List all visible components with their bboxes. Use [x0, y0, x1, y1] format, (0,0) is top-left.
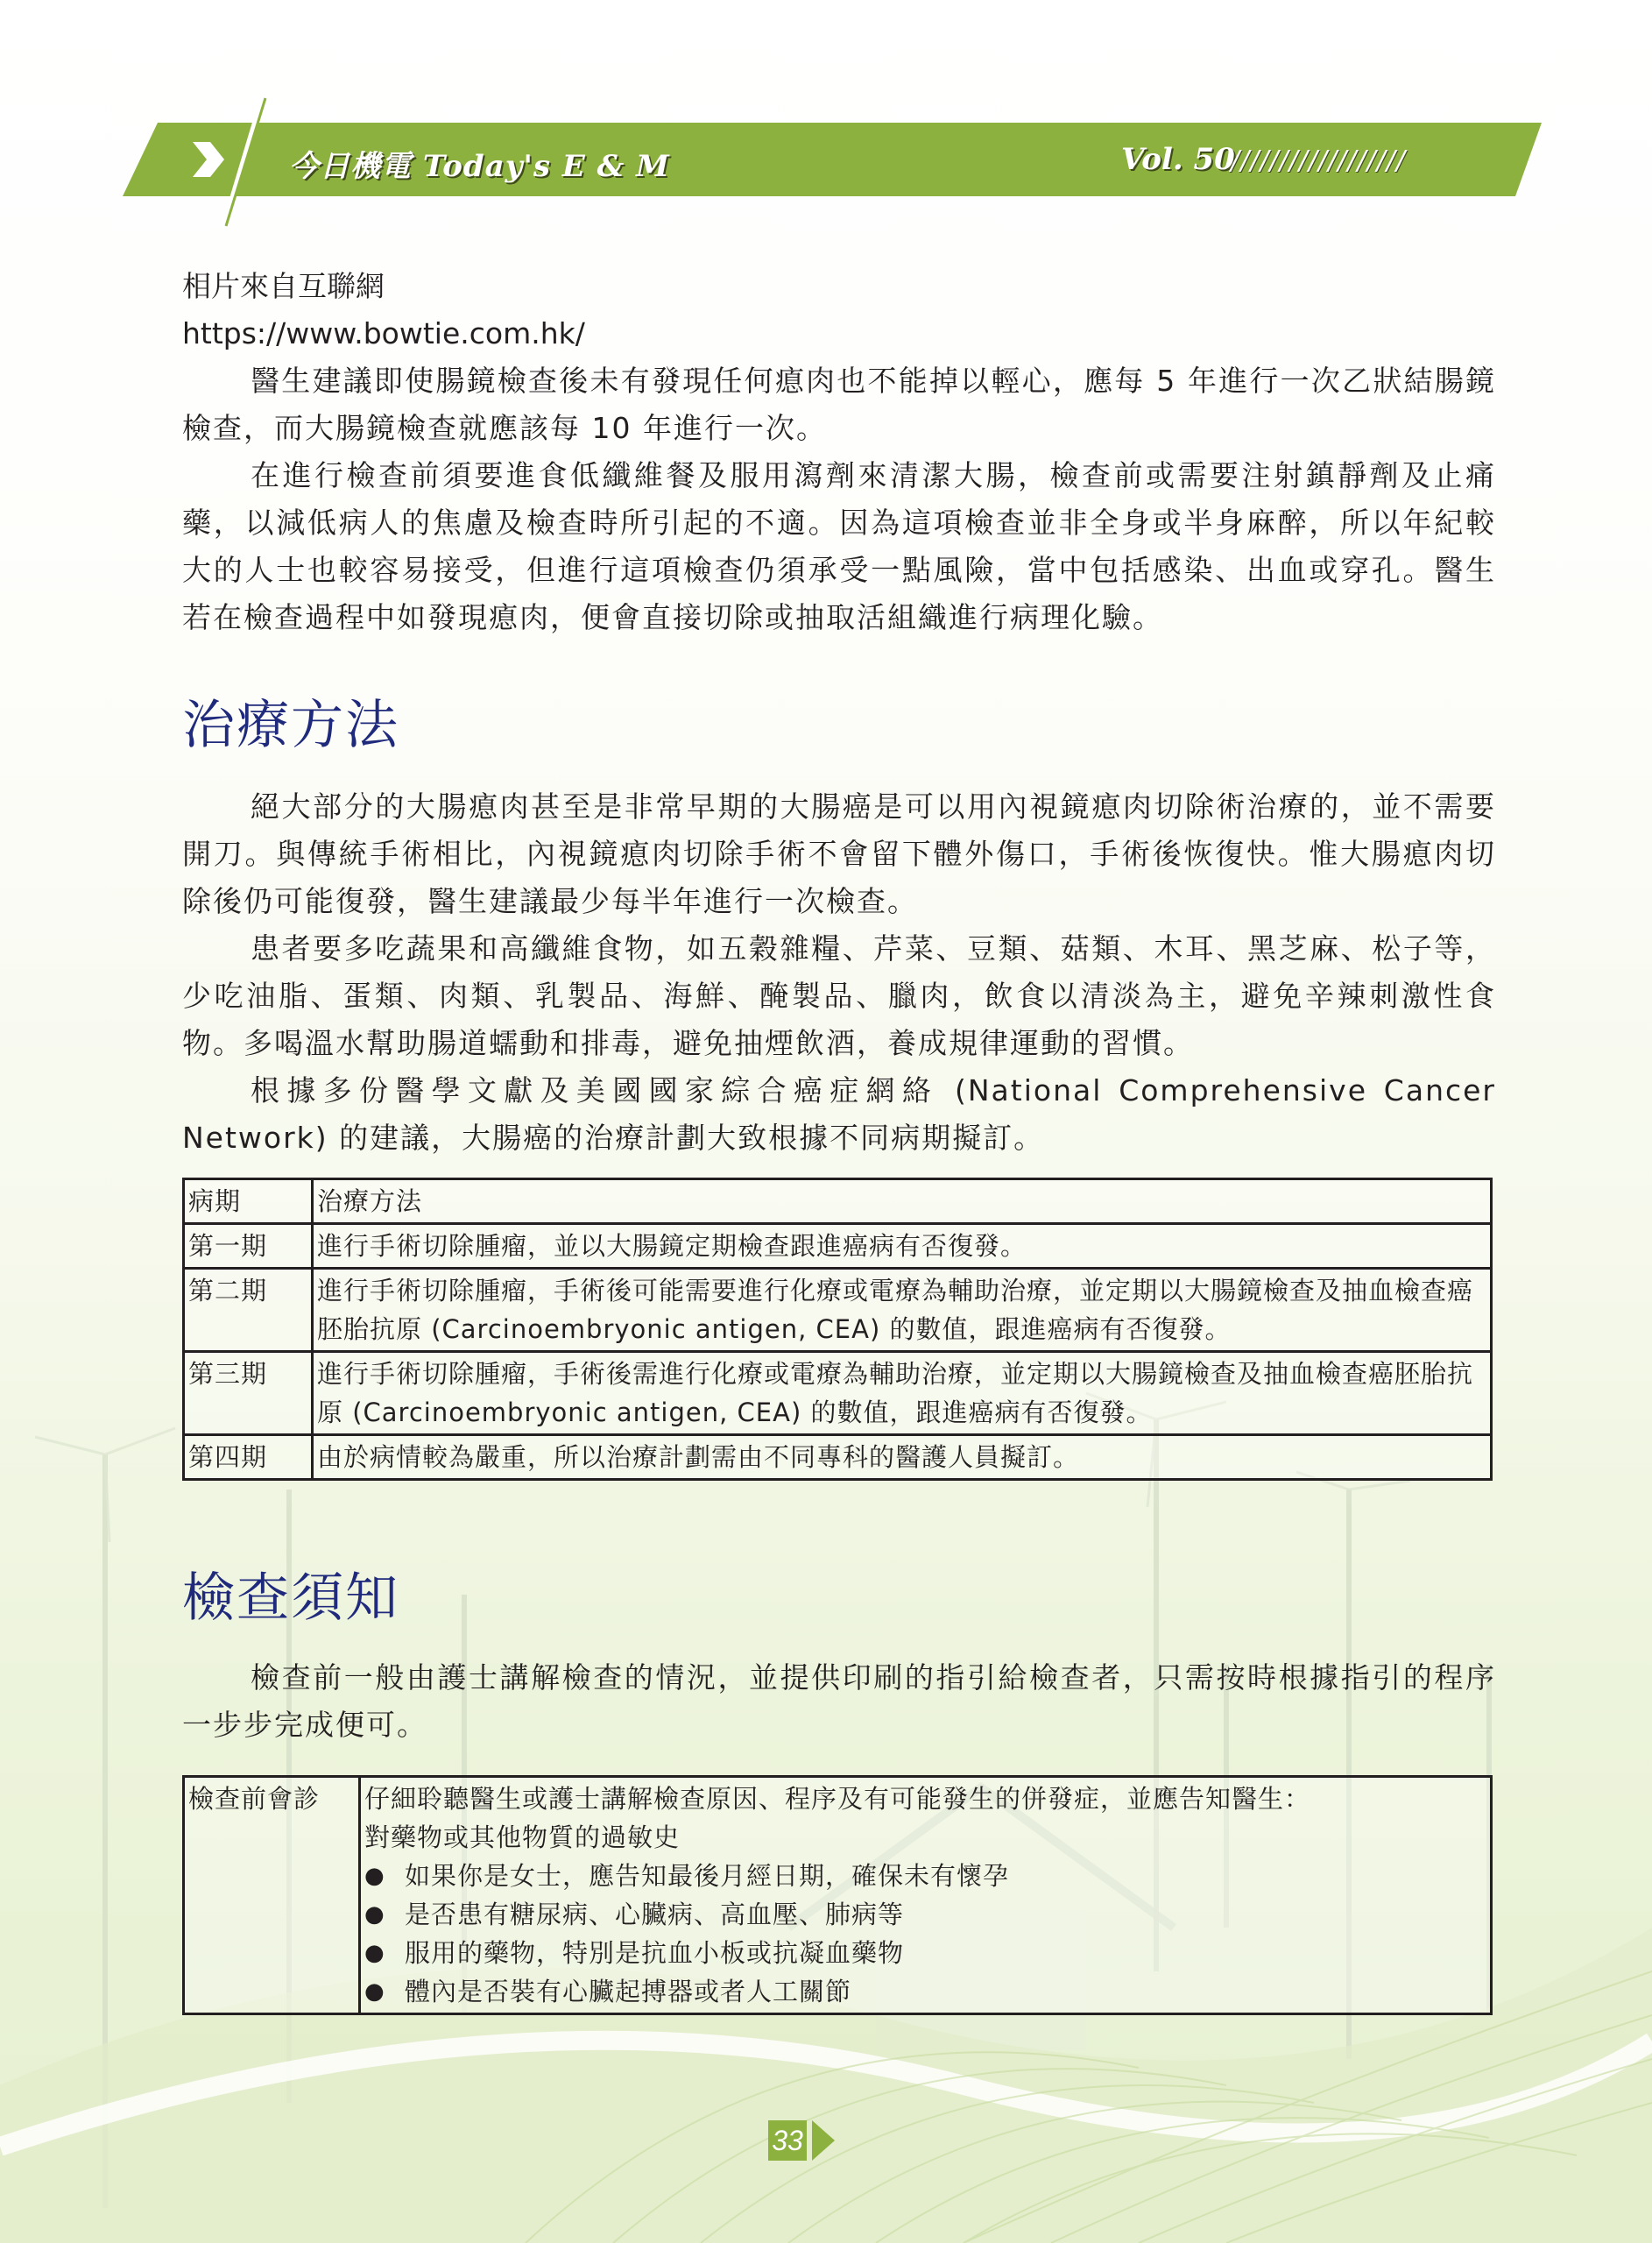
list-item-text: 服用的藥物，特別是抗血小板或抗凝血藥物	[405, 1934, 904, 1972]
intro-paragraph-1: 醫生建議即使腸鏡檢查後未有發現任何瘜肉也不能掉以輕心，應每 5 年進行一次乙狀結…	[182, 357, 1496, 452]
photo-credit-url[interactable]: https://www.bowtie.com.hk/	[182, 310, 1496, 357]
list-item-text: 是否患有糖尿病、心臟病、高血壓、肺病等	[405, 1895, 904, 1934]
list-item-text: 如果你是女士，應告知最後月經日期，確保未有懷孕	[405, 1857, 1009, 1895]
table-row: 第三期 進行手術切除腫瘤，手術後需進行化療或電療為輔助治療，並定期以大腸鏡檢查及…	[184, 1352, 1492, 1435]
consultation-intro: 仔細聆聽醫生或護士講解檢查原因、程序及有可能發生的併發症，並應告知醫生：	[364, 1780, 1486, 1818]
list-item: ● 服用的藥物，特別是抗血小板或抗凝血藥物	[364, 1934, 1486, 1972]
allergy-history-line: 對藥物或其他物質的過敏史	[364, 1818, 1486, 1857]
treatment-cell: 進行手術切除腫瘤，手術後可能需要進行化療或電療為輔助治療，並定期以大腸鏡檢查及抽…	[313, 1269, 1492, 1352]
stage-cell: 第三期	[184, 1352, 313, 1435]
header-slash-decoration: //////////////////	[1231, 145, 1406, 176]
stage-cell: 第四期	[184, 1435, 313, 1480]
article-body: 相片來自互聯網 https://www.bowtie.com.hk/ 醫生建議即…	[182, 263, 1496, 2015]
magazine-header: 今日機電 Today's E & M Vol. 50 /////////////…	[123, 123, 1542, 198]
treatment-paragraph-1: 絕大部分的大腸瘜肉甚至是非常早期的大腸癌是可以用內視鏡瘜肉切除術治療的，並不需要…	[182, 783, 1496, 925]
bullet-icon: ●	[364, 1934, 405, 1972]
list-item: ● 如果你是女士，應告知最後月經日期，確保未有懷孕	[364, 1857, 1486, 1895]
treatment-paragraph-3: 根據多份醫學文獻及美國國家綜合癌症網絡 (National Comprehens…	[182, 1067, 1496, 1162]
consultation-details-cell: 仔細聆聽醫生或護士講解檢查原因、程序及有可能發生的併發症，並應告知醫生： 對藥物…	[360, 1777, 1492, 2014]
list-item: ● 是否患有糖尿病、心臟病、高血壓、肺病等	[364, 1895, 1486, 1934]
treatment-paragraph-2: 患者要多吃蔬果和高纖維食物，如五穀雜糧、芹菜、豆類、菇類、木耳、黑芝麻、松子等，…	[182, 925, 1496, 1067]
list-item: ● 體內是否裝有心臟起搏器或者人工關節	[364, 1972, 1486, 2011]
volume-number: Vol. 50	[1121, 142, 1235, 177]
section-heading-treatment: 治療方法	[182, 683, 1496, 759]
magazine-title: 今日機電 Today's E & M	[289, 142, 670, 185]
page-arrow-icon	[812, 2120, 835, 2161]
bullet-icon: ●	[364, 1972, 405, 2011]
table-header-stage: 病期	[184, 1179, 313, 1224]
pre-exam-consultation-table: 檢查前會診 仔細聆聽醫生或護士講解檢查原因、程序及有可能發生的併發症，並應告知醫…	[182, 1775, 1493, 2015]
intro-paragraph-2: 在進行檢查前須要進食低纖維餐及服用瀉劑來清潔大腸，檢查前或需要注射鎮靜劑及止痛藥…	[182, 452, 1496, 641]
treatment-cell: 由於病情較為嚴重，所以治療計劃需由不同專科的醫護人員擬訂。	[313, 1435, 1492, 1480]
page-number: 33	[768, 2120, 807, 2161]
table-header-treatment: 治療方法	[313, 1179, 1492, 1224]
table-row: 檢查前會診 仔細聆聽醫生或護士講解檢查原因、程序及有可能發生的併發症，並應告知醫…	[184, 1777, 1492, 2014]
section-heading-exam-notes: 檢查須知	[182, 1556, 1496, 1631]
bullet-icon: ●	[364, 1895, 405, 1934]
stage-cell: 第一期	[184, 1224, 313, 1269]
table-header-row: 病期 治療方法	[184, 1179, 1492, 1224]
stage-cell: 第二期	[184, 1269, 313, 1352]
treatment-by-stage-table: 病期 治療方法 第一期 進行手術切除腫瘤，並以大腸鏡定期檢查跟進癌病有否復發。 …	[182, 1178, 1493, 1481]
exam-notes-paragraph: 檢查前一般由護士講解檢查的情況，並提供印刷的指引給檢查者，只需按時根據指引的程序…	[182, 1654, 1496, 1749]
consultation-label-cell: 檢查前會診	[184, 1777, 360, 2014]
table-row: 第二期 進行手術切除腫瘤，手術後可能需要進行化療或電療為輔助治療，並定期以大腸鏡…	[184, 1269, 1492, 1352]
photo-credit-label: 相片來自互聯網	[182, 263, 1496, 310]
table-row: 第一期 進行手術切除腫瘤，並以大腸鏡定期檢查跟進癌病有否復發。	[184, 1224, 1492, 1269]
treatment-cell: 進行手術切除腫瘤，並以大腸鏡定期檢查跟進癌病有否復發。	[313, 1224, 1492, 1269]
treatment-cell: 進行手術切除腫瘤，手術後需進行化療或電療為輔助治療，並定期以大腸鏡檢查及抽血檢查…	[313, 1352, 1492, 1435]
table-row: 第四期 由於病情較為嚴重，所以治療計劃需由不同專科的醫護人員擬訂。	[184, 1435, 1492, 1480]
list-item-text: 體內是否裝有心臟起搏器或者人工關節	[405, 1972, 851, 2011]
bullet-icon: ●	[364, 1857, 405, 1895]
